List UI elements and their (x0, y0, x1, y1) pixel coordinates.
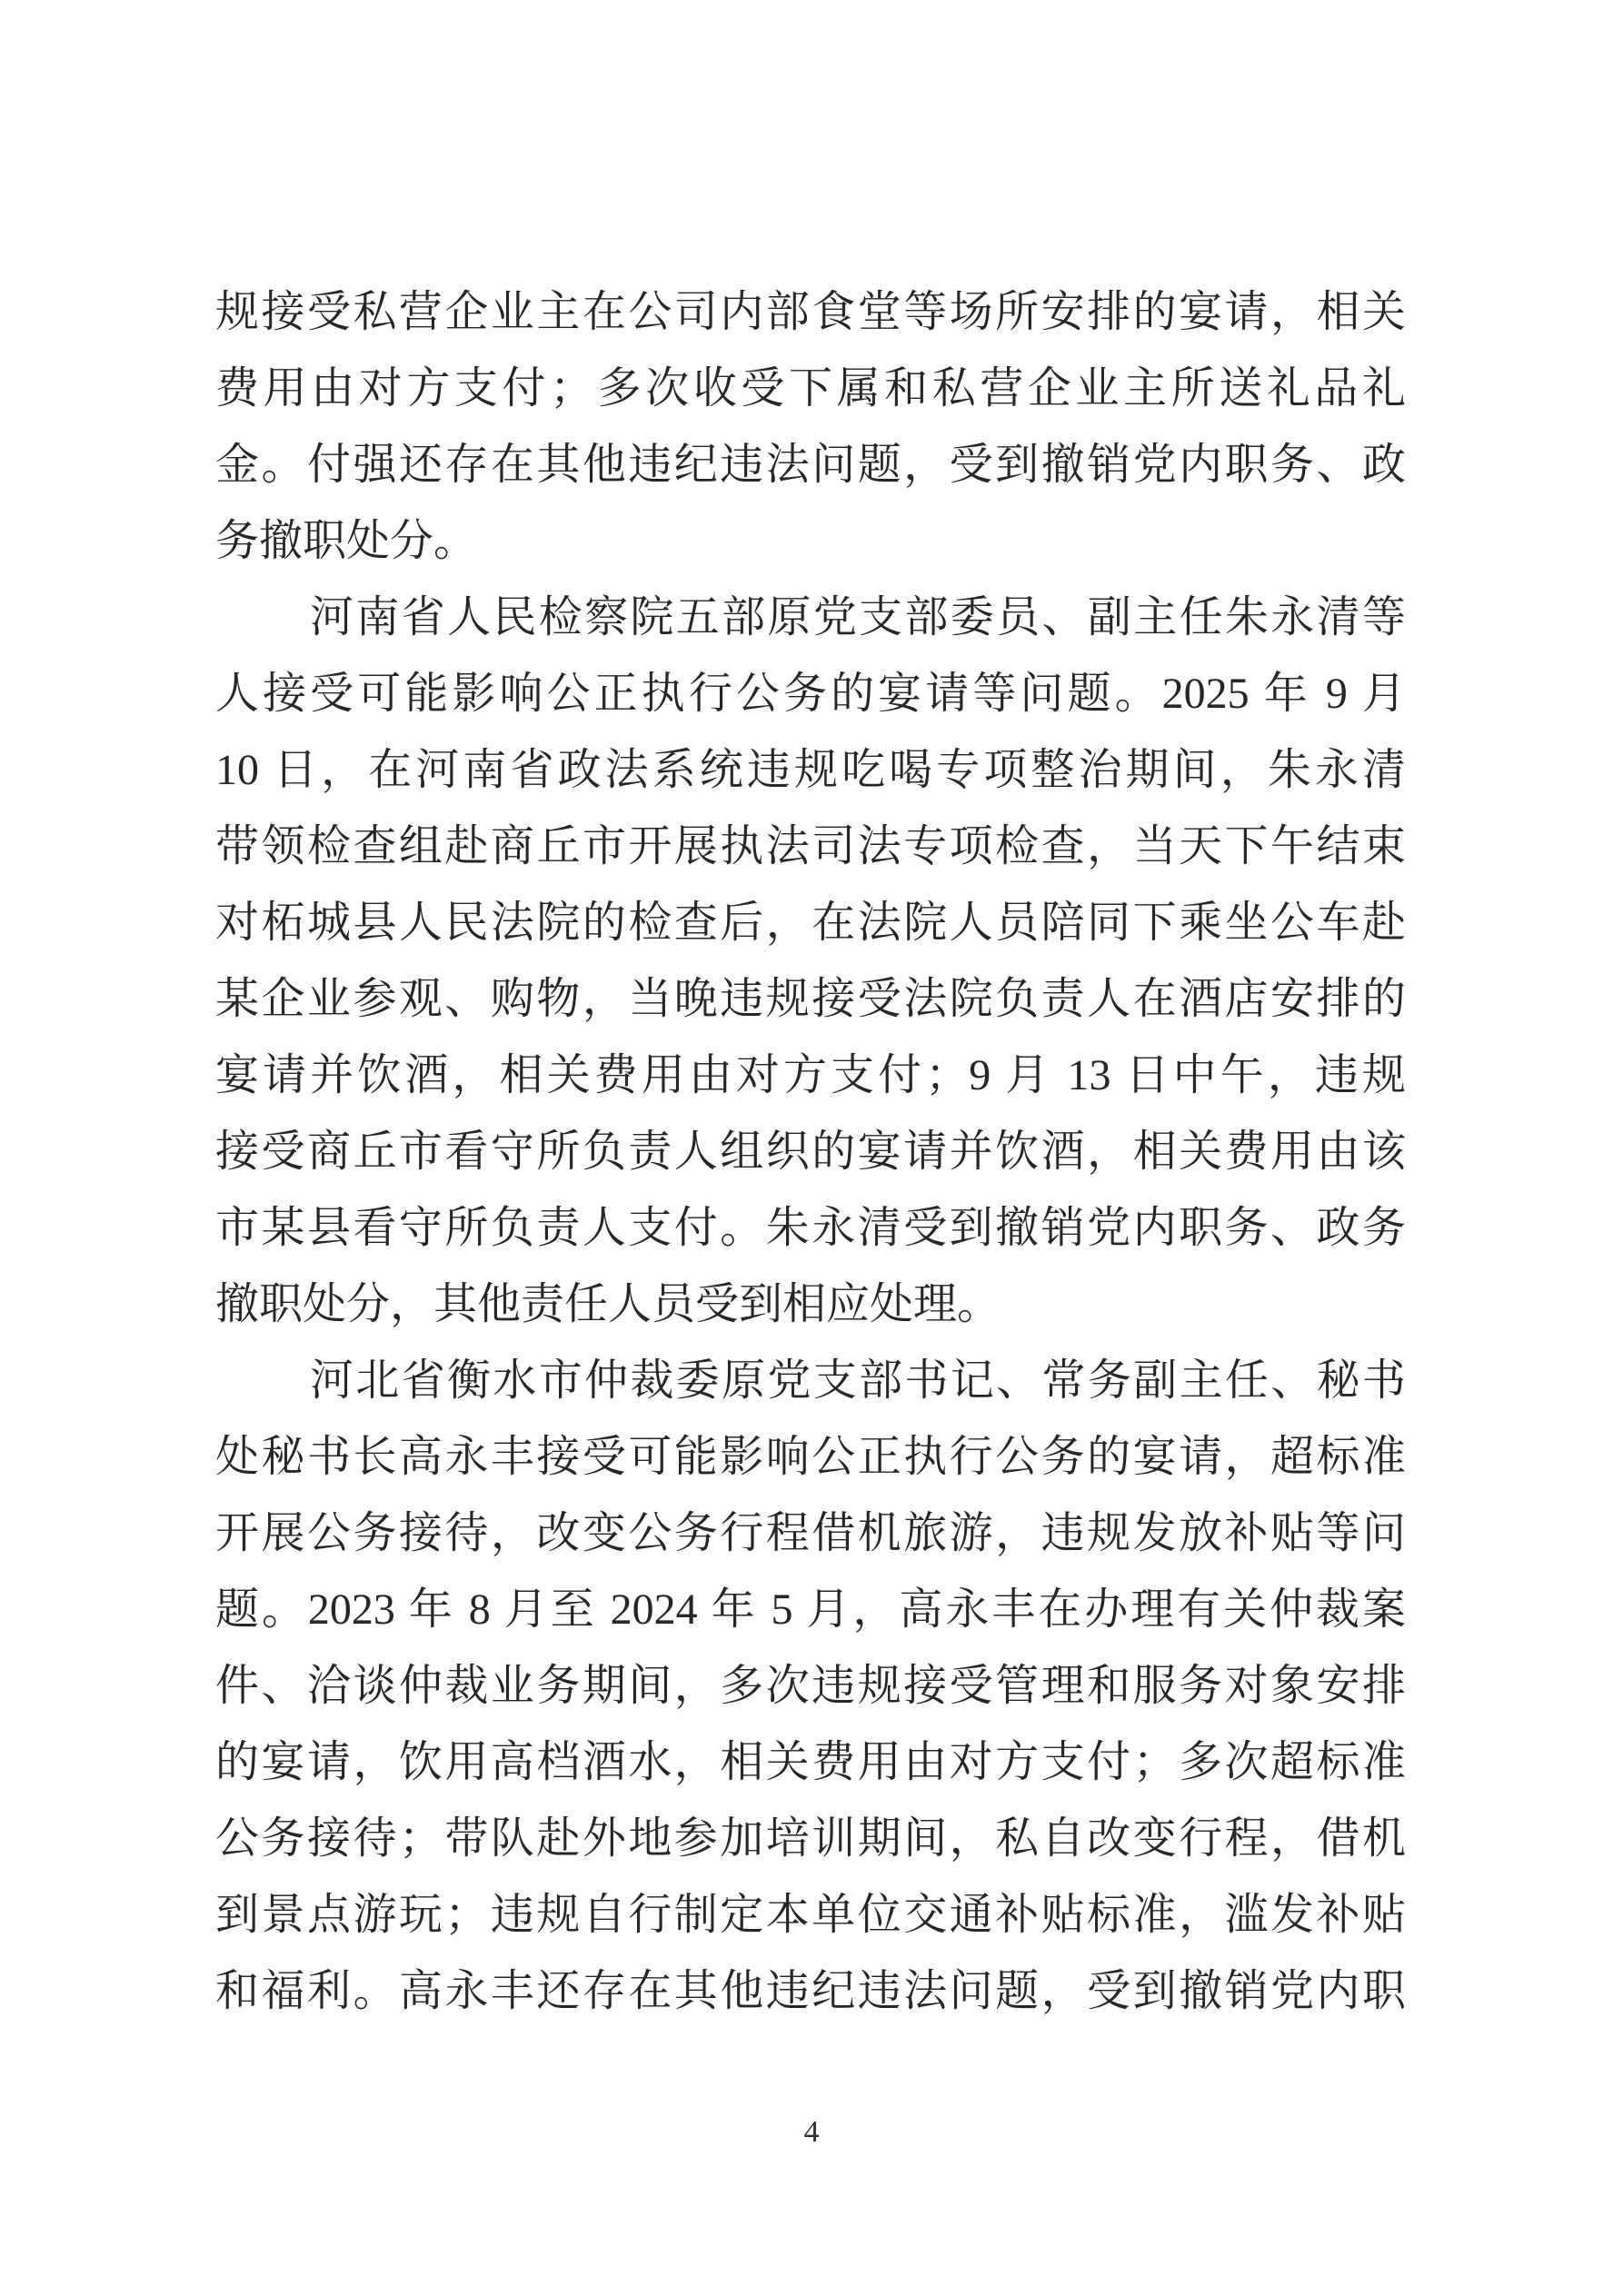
page-number: 4 (804, 2115, 820, 2149)
document-body: 规接受私营企业主在公司内部食堂等场所安排的宴请，相关 费用由对方支付；多次收受下… (215, 274, 1406, 2030)
text-line: 10 日，在河南省政法系统违规吃喝专项整治期间，朱永清 (215, 732, 1406, 809)
paragraph: 河北省衡水市仲裁委原党支部书记、常务副主任、秘书 处秘书长高永丰接受可能影响公正… (215, 1343, 1406, 2030)
paragraph: 河南省人民检察院五部原党支部委员、副主任朱永清等 人接受可能影响公正执行公务的宴… (215, 580, 1406, 1343)
text-line: 市某县看守所负责人支付。朱永清受到撤销党内职务、政务 (215, 1190, 1406, 1267)
text-line: 河北省衡水市仲裁委原党支部书记、常务副主任、秘书 (215, 1343, 1406, 1419)
paragraph: 规接受私营企业主在公司内部食堂等场所安排的宴请，相关 费用由对方支付；多次收受下… (215, 274, 1406, 580)
text-line: 开展公务接待，改变公务行程借机旅游，违规发放补贴等问 (215, 1496, 1406, 1572)
text-line: 处秘书长高永丰接受可能影响公正执行公务的宴请，超标准 (215, 1419, 1406, 1496)
text-line: 人接受可能影响公正执行公务的宴请等问题。2025 年 9 月 (215, 656, 1406, 732)
text-line: 带领检查组赴商丘市开展执法司法专项检查，当天下午结束 (215, 809, 1406, 885)
text-line: 费用由对方支付；多次收受下属和私营企业主所送礼品礼 (215, 351, 1406, 427)
text-line: 金。付强还存在其他违纪违法问题，受到撤销党内职务、政 (215, 427, 1406, 503)
text-line: 务撤职处分。 (215, 503, 1406, 580)
text-line: 规接受私营企业主在公司内部食堂等场所安排的宴请，相关 (215, 274, 1406, 351)
text-line: 的宴请，饮用高档酒水，相关费用由对方支付；多次超标准 (215, 1724, 1406, 1801)
text-line: 河南省人民检察院五部原党支部委员、副主任朱永清等 (215, 580, 1406, 656)
text-line: 和福利。高永丰还存在其他违纪违法问题，受到撤销党内职 (215, 1953, 1406, 2030)
document-page: 规接受私营企业主在公司内部食堂等场所安排的宴请，相关 费用由对方支付；多次收受下… (0, 0, 1623, 2296)
text-line: 件、洽谈仲裁业务期间，多次违规接受管理和服务对象安排 (215, 1648, 1406, 1724)
text-line: 对柘城县人民法院的检查后，在法院人员陪同下乘坐公车赴 (215, 885, 1406, 961)
text-line: 撤职处分，其他责任人员受到相应处理。 (215, 1267, 1406, 1343)
text-line: 宴请并饮酒，相关费用由对方支付；9 月 13 日中午，违规 (215, 1038, 1406, 1114)
text-line: 接受商丘市看守所负责人组织的宴请并饮酒，相关费用由该 (215, 1114, 1406, 1190)
text-line: 到景点游玩；违规自行制定本单位交通补贴标准，滥发补贴 (215, 1877, 1406, 1953)
text-line: 公务接待；带队赴外地参加培训期间，私自改变行程，借机 (215, 1801, 1406, 1877)
text-line: 某企业参观、购物，当晚违规接受法院负责人在酒店安排的 (215, 961, 1406, 1038)
page-footer: 4 (0, 2115, 1623, 2150)
text-line: 题。2023 年 8 月至 2024 年 5 月，高永丰在办理有关仲裁案 (215, 1572, 1406, 1648)
